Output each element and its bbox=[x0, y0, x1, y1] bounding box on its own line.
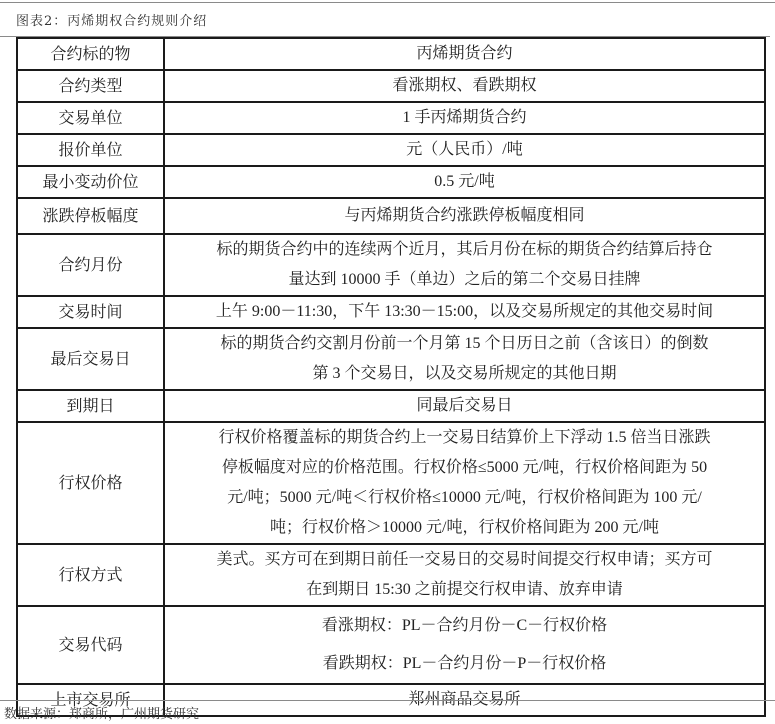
row-value: 0.5 元/吨 bbox=[164, 166, 765, 198]
table-row: 最后交易日 标的期货合约交割月份前一个月第 15 个日历日之前（含该日）的倒数 … bbox=[17, 328, 765, 390]
table-body: 合约标的物 丙烯期货合约 合约类型 看涨期权、看跌期权 交易单位 1 手丙烯期货… bbox=[17, 38, 765, 716]
value-line: 美式。买方可在到期日前任一交易日的交易时间提交行权申请；买方可 bbox=[171, 545, 758, 575]
table-row: 最小变动价位 0.5 元/吨 bbox=[17, 166, 765, 198]
table-row: 交易代码 看涨期权：PL－合约月份－C－行权价格 看跌期权：PL－合约月份－P－… bbox=[17, 606, 765, 684]
row-value: 丙烯期货合约 bbox=[164, 38, 765, 70]
table-row: 合约类型 看涨期权、看跌期权 bbox=[17, 70, 765, 102]
row-label: 最后交易日 bbox=[17, 328, 164, 390]
value-line: 与丙烯期货合约涨跌停板幅度相同 bbox=[171, 201, 758, 231]
row-value: 看涨期权、看跌期权 bbox=[164, 70, 765, 102]
table-row: 合约月份 标的期货合约中的连续两个近月，其后月份在标的期货合约结算后持仓 量达到… bbox=[17, 234, 765, 296]
row-value: 上午 9:00－11:30，下午 13:30－15:00，以及交易所规定的其他交… bbox=[164, 296, 765, 328]
row-label: 涨跌停板幅度 bbox=[17, 198, 164, 234]
value-line: 看跌期权：PL－合约月份－P－行权价格 bbox=[171, 645, 758, 683]
row-value: 与丙烯期货合约涨跌停板幅度相同 bbox=[164, 198, 765, 234]
row-value: 行权价格覆盖标的期货合约上一交易日结算价上下浮动 1.5 倍当日涨跌 停板幅度对… bbox=[164, 422, 765, 544]
table-row: 交易时间 上午 9:00－11:30，下午 13:30－15:00，以及交易所规… bbox=[17, 296, 765, 328]
figure-caption: 图表2：丙烯期权合约规则介绍 bbox=[16, 10, 207, 29]
top-rule bbox=[0, 2, 775, 3]
value-line: 0.5 元/吨 bbox=[171, 167, 758, 197]
row-label: 行权价格 bbox=[17, 422, 164, 544]
row-value: 标的期货合约中的连续两个近月，其后月份在标的期货合约结算后持仓 量达到 1000… bbox=[164, 234, 765, 296]
table-row: 行权方式 美式。买方可在到期日前任一交易日的交易时间提交行权申请；买方可 在到期… bbox=[17, 544, 765, 606]
row-value: 同最后交易日 bbox=[164, 390, 765, 422]
table-row: 报价单位 元（人民币）/吨 bbox=[17, 134, 765, 166]
row-label: 最小变动价位 bbox=[17, 166, 164, 198]
row-value: 美式。买方可在到期日前任一交易日的交易时间提交行权申请；买方可 在到期日 15:… bbox=[164, 544, 765, 606]
row-value: 元（人民币）/吨 bbox=[164, 134, 765, 166]
value-line: 量达到 10000 手（单边）之后的第二个交易日挂牌 bbox=[171, 265, 758, 295]
row-label: 合约月份 bbox=[17, 234, 164, 296]
row-label: 行权方式 bbox=[17, 544, 164, 606]
row-label: 报价单位 bbox=[17, 134, 164, 166]
table-row: 行权价格 行权价格覆盖标的期货合约上一交易日结算价上下浮动 1.5 倍当日涨跌 … bbox=[17, 422, 765, 544]
value-line: 元/吨；5000 元/吨＜行权价格≤10000 元/吨，行权价格间距为 100 … bbox=[171, 483, 758, 513]
contract-rules-table: 合约标的物 丙烯期货合约 合约类型 看涨期权、看跌期权 交易单位 1 手丙烯期货… bbox=[16, 37, 766, 717]
data-source-note: 数据来源：郑商所，广州期货研究 bbox=[4, 703, 199, 722]
value-line: 吨；行权价格＞10000 元/吨，行权价格间距为 200 元/吨 bbox=[171, 513, 758, 543]
row-label: 合约标的物 bbox=[17, 38, 164, 70]
value-line: 丙烯期货合约 bbox=[171, 39, 758, 69]
row-label: 交易时间 bbox=[17, 296, 164, 328]
row-label: 交易代码 bbox=[17, 606, 164, 684]
value-line: 元（人民币）/吨 bbox=[171, 135, 758, 165]
row-value: 1 手丙烯期货合约 bbox=[164, 102, 765, 134]
value-line: 1 手丙烯期货合约 bbox=[171, 103, 758, 133]
table-row: 合约标的物 丙烯期货合约 bbox=[17, 38, 765, 70]
value-line: 标的期货合约中的连续两个近月，其后月份在标的期货合约结算后持仓 bbox=[171, 235, 758, 265]
value-line: 第 3 个交易日，以及交易所规定的其他日期 bbox=[171, 359, 758, 389]
value-line: 上午 9:00－11:30，下午 13:30－15:00，以及交易所规定的其他交… bbox=[171, 297, 758, 327]
value-line: 看涨期权、看跌期权 bbox=[171, 71, 758, 101]
row-label: 合约类型 bbox=[17, 70, 164, 102]
value-line: 标的期货合约交割月份前一个月第 15 个日历日之前（含该日）的倒数 bbox=[171, 329, 758, 359]
value-line: 同最后交易日 bbox=[171, 391, 758, 421]
bottom-rule bbox=[0, 700, 775, 701]
value-line: 看涨期权：PL－合约月份－C－行权价格 bbox=[171, 607, 758, 645]
row-label: 交易单位 bbox=[17, 102, 164, 134]
table-row: 涨跌停板幅度 与丙烯期货合约涨跌停板幅度相同 bbox=[17, 198, 765, 234]
row-label: 到期日 bbox=[17, 390, 164, 422]
value-line: 在到期日 15:30 之前提交行权申请、放弃申请 bbox=[171, 575, 758, 605]
value-line: 行权价格覆盖标的期货合约上一交易日结算价上下浮动 1.5 倍当日涨跌 bbox=[171, 423, 758, 453]
row-value: 看涨期权：PL－合约月份－C－行权价格 看跌期权：PL－合约月份－P－行权价格 bbox=[164, 606, 765, 684]
table-row: 交易单位 1 手丙烯期货合约 bbox=[17, 102, 765, 134]
table-row: 到期日 同最后交易日 bbox=[17, 390, 765, 422]
row-value: 标的期货合约交割月份前一个月第 15 个日历日之前（含该日）的倒数 第 3 个交… bbox=[164, 328, 765, 390]
value-line: 停板幅度对应的价格范围。行权价格≤5000 元/吨，行权价格间距为 50 bbox=[171, 453, 758, 483]
